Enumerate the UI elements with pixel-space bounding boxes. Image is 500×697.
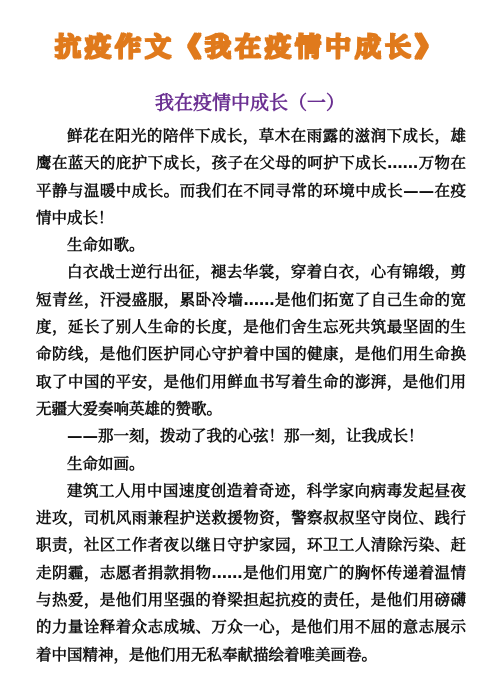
article-body: 鲜花在阳光的陪伴下成长，草木在雨露的滋润下成长，雄鹰在蓝天的庇护下成长，孩子在父… — [36, 123, 466, 669]
paragraph-workers: 建筑工人用中国速度创造着奇迹，科学家向病毒发起昼夜进攻，司机风雨兼程护送救援物资… — [36, 478, 466, 669]
main-title: 抗疫作文《我在疫情中成长》 — [0, 30, 500, 66]
paragraph-life-as-song: 生命如歌。 — [36, 232, 466, 259]
paragraph-medical-workers: 白衣战士逆行出征，褪去华裳，穿着白衣，心有锦缎，剪短青丝，汗浸盛服，累卧冷墙……… — [36, 259, 466, 423]
paragraph-intro: 鲜花在阳光的陪伴下成长，草木在雨露的滋润下成长，雄鹰在蓝天的庇护下成长，孩子在父… — [36, 123, 466, 232]
paragraph-life-as-painting: 生命如画。 — [36, 451, 466, 478]
section-title: 我在疫情中成长（一） — [0, 90, 500, 116]
paragraph-moment: ——那一刻，拨动了我的心弦！那一刻，让我成长！ — [36, 423, 466, 450]
